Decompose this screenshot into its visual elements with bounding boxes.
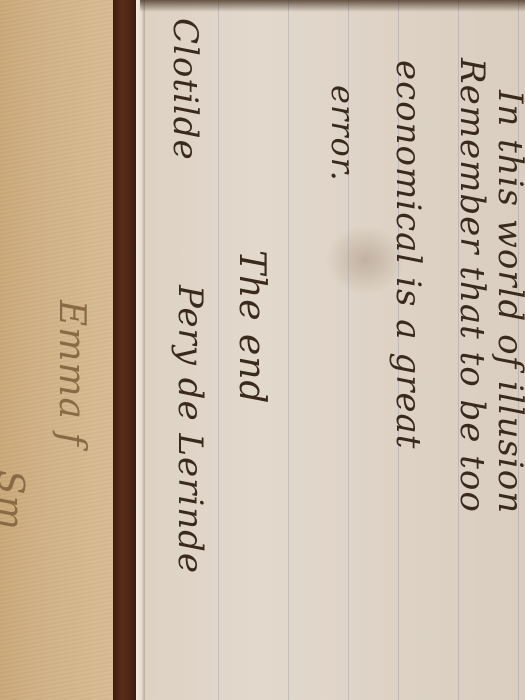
photo-scene: In this world of illusion Remember that …	[0, 0, 525, 700]
rule-line	[218, 0, 219, 700]
rule-line	[288, 0, 289, 700]
signature-first-name: Clotilde	[165, 18, 205, 161]
paper-edge	[136, 0, 145, 700]
left-page-handwriting-2: Sm	[0, 470, 30, 531]
left-page-handwriting-1: Emma f	[51, 300, 92, 447]
handwritten-line-2: Remember that to be too	[452, 58, 492, 513]
handwritten-line-the-end: The end	[231, 250, 272, 404]
signature-surname: Pery de Lerinde	[170, 285, 210, 574]
handwritten-line-3: economical is a great	[388, 60, 428, 449]
frame-shadow	[140, 0, 525, 12]
handwritten-line-1: In this world of illusion	[490, 90, 525, 514]
handwritten-line-4: error.	[324, 85, 362, 182]
